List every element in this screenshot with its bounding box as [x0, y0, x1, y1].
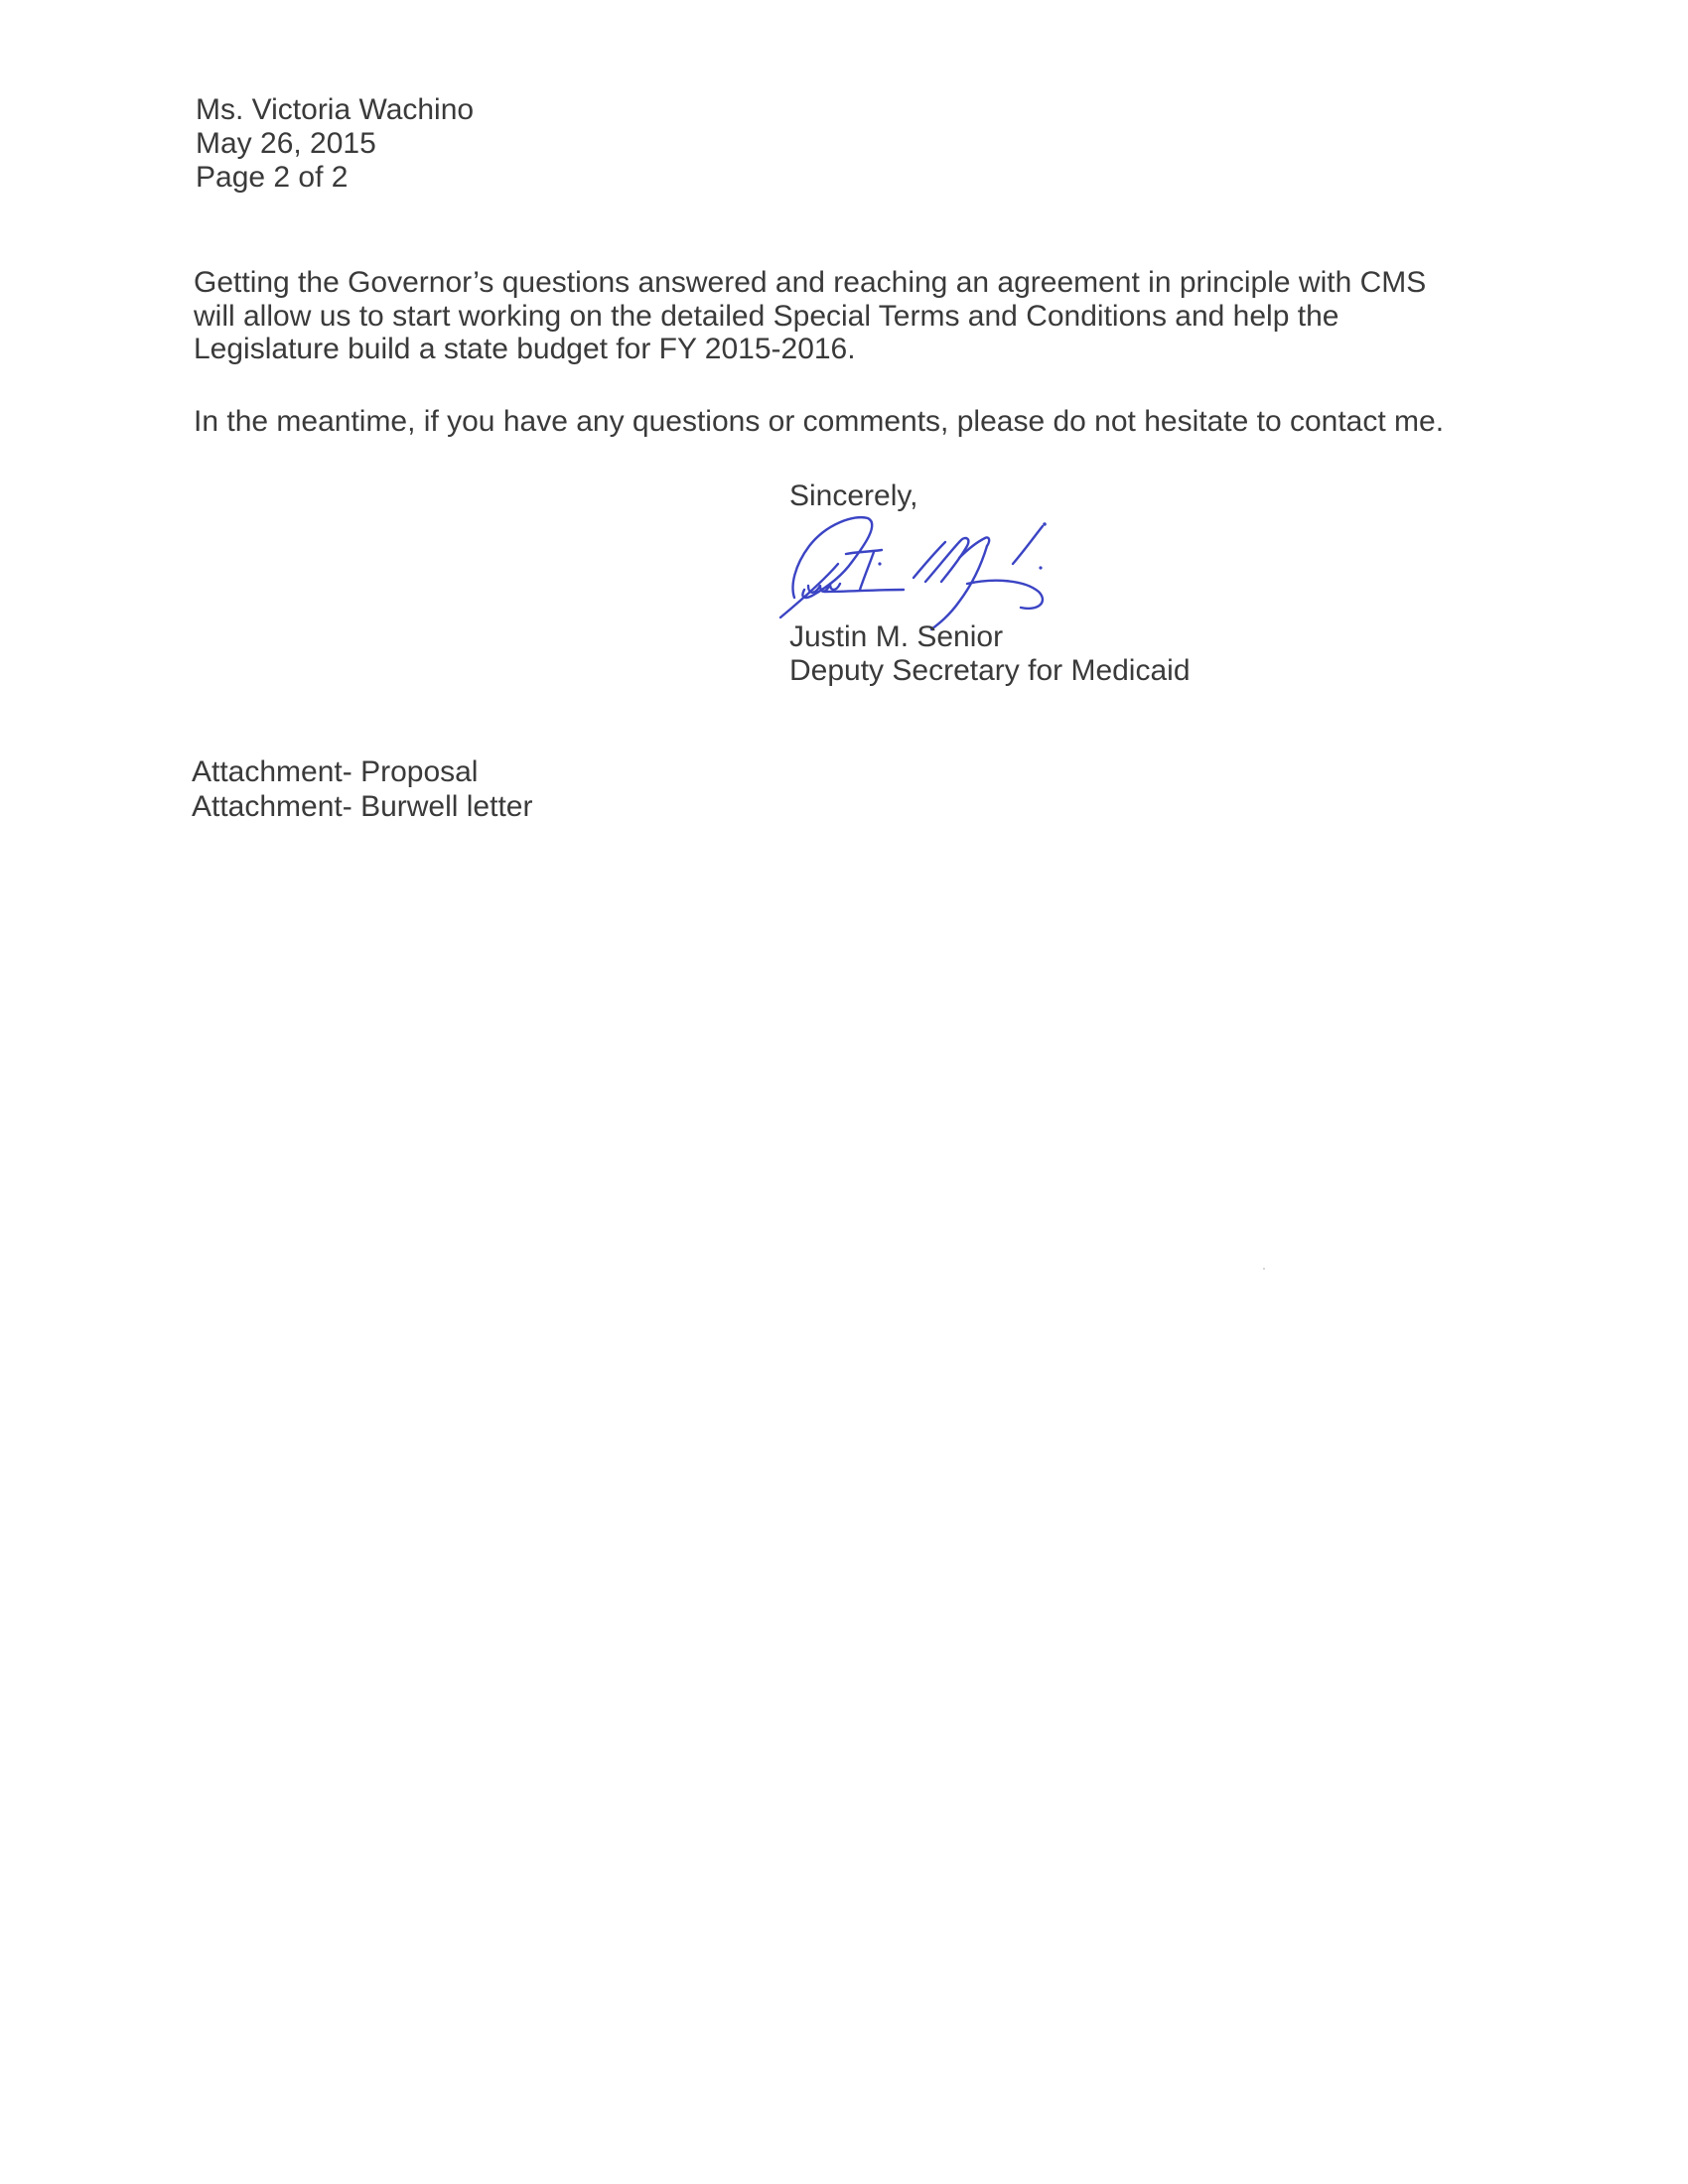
attachment-item: Attachment- Burwell letter [192, 789, 532, 824]
paragraph-line: In the meantime, if you have any questio… [194, 405, 1444, 439]
attachment-item: Attachment- Proposal [192, 754, 532, 789]
signer-name: Justin M. Senior [789, 620, 1191, 654]
body-paragraph: In the meantime, if you have any questio… [194, 405, 1444, 439]
paragraph-line: will allow us to start working on the de… [194, 300, 1426, 334]
page-indicator: Page 2 of 2 [196, 161, 474, 195]
signer-title: Deputy Secretary for Medicaid [789, 654, 1191, 688]
scan-speck [1263, 1268, 1265, 1270]
letter-date: May 26, 2015 [196, 127, 474, 161]
paragraph-line: Legislature build a state budget for FY … [194, 333, 1426, 366]
recipient-block: Ms. Victoria Wachino May 26, 2015 Page 2… [196, 93, 474, 195]
attachments-list: Attachment- Proposal Attachment- Burwell… [192, 754, 532, 824]
signer-block: Justin M. Senior Deputy Secretary for Me… [789, 620, 1191, 688]
letter-page: Ms. Victoria Wachino May 26, 2015 Page 2… [0, 0, 1688, 2184]
recipient-name: Ms. Victoria Wachino [196, 93, 474, 127]
paragraph-line: Getting the Governor’s questions answere… [194, 266, 1426, 300]
body-paragraph: Getting the Governor’s questions answere… [194, 266, 1426, 366]
